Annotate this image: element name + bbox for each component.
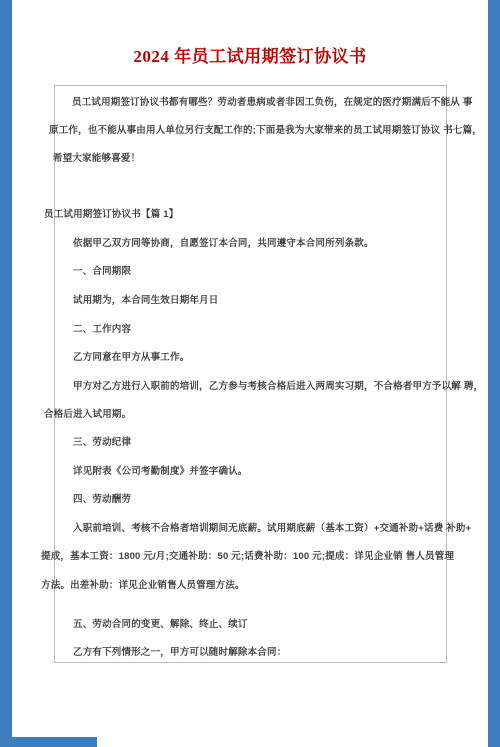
doc-line: 提成，基本工资：1800 元/月;交通补助：50 元;话费补助：100 元;提成… <box>41 550 454 563</box>
doc-line: 希望大家能够喜爱！ <box>53 152 140 165</box>
right-blue-bar <box>488 0 500 747</box>
doc-line: 四、劳动酬劳 <box>73 493 131 506</box>
bottom-blue-strip <box>12 737 97 747</box>
doc-line: 合格后进入试用期。 <box>44 408 131 421</box>
doc-line: 一、合同期限 <box>73 265 131 278</box>
doc-line: 方法。出差补助：详见企业销售人员管理方法。 <box>41 579 245 592</box>
doc-line: 员工试用期签订协议书都有哪些？劳动者患病或者非因工负伤，在规定的医疗期满后不能从… <box>72 96 473 109</box>
doc-line: 乙方同意在甲方从事工作。 <box>73 351 189 364</box>
doc-line: 原工作，也不能从事由用人单位另行支配工作的;下面是我为大家带来的员工试用期签订协… <box>49 124 482 137</box>
doc-line: 依据甲乙双方同等协商，自愿签订本合同，共同遵守本合同所列条款。 <box>73 237 374 250</box>
document-border-box <box>54 85 447 663</box>
doc-line: 试用期为，本合同生效日期年月日 <box>73 294 219 307</box>
doc-line: 员工试用期签订协议书【篇 1】 <box>44 208 178 221</box>
doc-line: 三、劳动纪律 <box>73 436 131 449</box>
page: 2024 年员工试用期签订协议书 员工试用期签订协议书都有哪些？劳动者患病或者非… <box>0 0 500 747</box>
doc-line: 详见附表《公司考勤制度》并签字确认。 <box>73 465 248 478</box>
left-blue-bar <box>0 0 12 747</box>
doc-line: 二、工作内容 <box>73 323 131 336</box>
document-title: 2024 年员工试用期签订协议书 <box>0 45 500 69</box>
doc-line: 乙方有下列情形之一，甲方可以随时解除本合同： <box>73 646 286 659</box>
doc-line: 五、劳动合同的变更、解除、终止、续订 <box>73 618 248 631</box>
doc-line: 入职前培训、考核不合格者培训期间无底薪。试用期底薪（基本工资）+交通补助+话费 … <box>73 522 471 535</box>
doc-line: 甲方对乙方进行入职前的培训，乙方参与考核合格后进入两周实习期，不合格者甲方予以解… <box>73 380 483 393</box>
